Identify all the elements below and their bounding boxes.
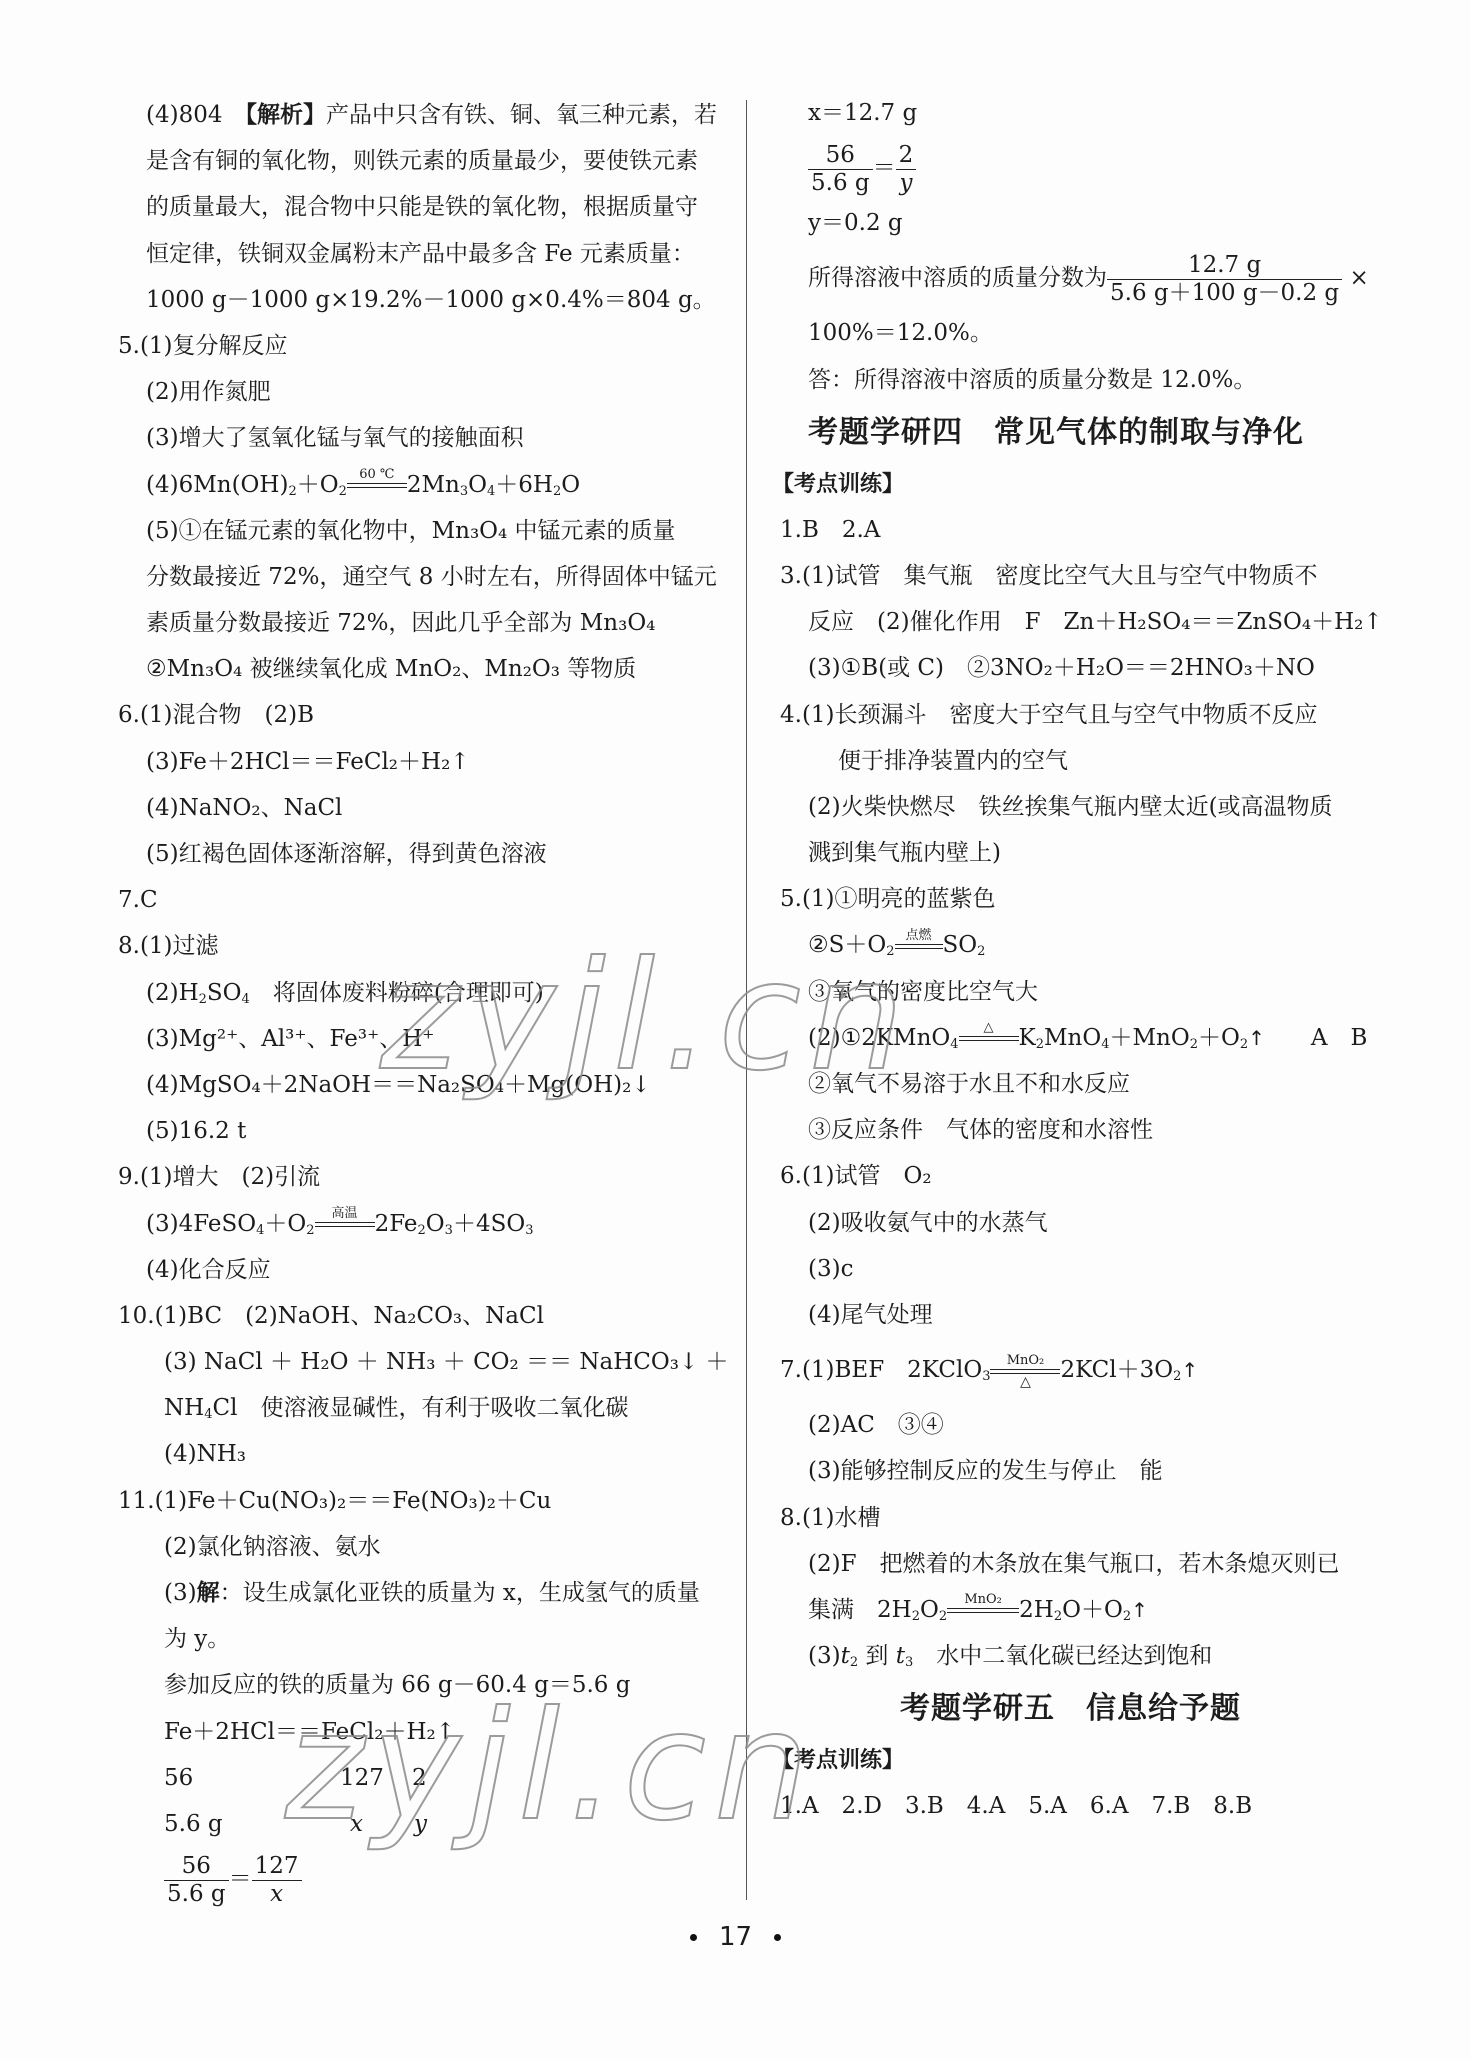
- q11-part3-line-3: 参加反应的铁的质量为 66 g－60.4 g＝5.6 g: [118, 1662, 728, 1708]
- s4-q6-part2: (2)吸收氨气中的水蒸气: [780, 1200, 1390, 1246]
- s4-q1-q2: 1.B 2.A: [780, 507, 1390, 553]
- q6-part5: (5)红褐色固体逐渐溶解，得到黄色溶液: [118, 831, 728, 877]
- q4-analysis-line-4: 恒定律，铁铜双金属粉末产品中最多含 Fe 元素质量：: [118, 231, 728, 277]
- q5-part5-line-2: 分数最接近 72%，通空气 8 小时左右，所得固体中锰元: [118, 554, 728, 600]
- right-column: x＝12.7 g 565.6 g＝2y y＝0.2 g 所得溶液中溶质的质量分数…: [780, 90, 1390, 1829]
- x-result: x＝12.7 g: [780, 90, 1390, 136]
- reaction-condition: 高温: [315, 1207, 375, 1242]
- q4-analysis-line-5: 1000 g－1000 g×19.2%－1000 g×0.4%＝804 g。: [118, 277, 728, 323]
- s4-q8-part2-line-1: (2)F 把燃着的木条放在集气瓶口，若木条熄灭则已: [780, 1541, 1390, 1587]
- s4-q6-part4: (4)尾气处理: [780, 1292, 1390, 1338]
- section-5-title: 考题学研五 信息给予题: [780, 1679, 1390, 1739]
- s4-q8-part2-line-2: 集满 2H2O2MnO₂2H2O＋O2↑: [780, 1587, 1390, 1633]
- s4-q3-line-1: 3.(1)试管 集气瓶 密度比空气大且与空气中物质不: [780, 553, 1390, 599]
- q11-molar-masses: 561272: [118, 1755, 728, 1801]
- reaction-condition: MnO₂: [947, 1593, 1019, 1628]
- reaction-condition: 点燃: [895, 929, 943, 964]
- s4-q6-part1: 6.(1)试管 O₂: [780, 1153, 1390, 1199]
- q8-part4: (4)MgSO₄＋2NaOH＝＝Na₂SO₄＋Mg(OH)₂↓: [118, 1062, 728, 1108]
- q10-part4: (4)NH₃: [118, 1431, 728, 1477]
- s4-q5-kmno4-equation: (2)①2KMnO4△K2MnO4＋MnO2＋O2↑ A B: [780, 1015, 1390, 1061]
- s4-q3-line-2: 反应 (2)催化作用 F Zn＋H₂SO₄＝＝ZnSO₄＋H₂↑: [780, 599, 1390, 645]
- fraction: 565.6 g: [808, 142, 873, 196]
- fraction: 565.6 g: [164, 1853, 229, 1907]
- q8-part3: (3)Mg²⁺、Al³⁺、Fe³⁺、H⁺: [118, 1016, 728, 1062]
- reaction-condition: MnO₂△: [990, 1354, 1060, 1389]
- q10-part3-line-2: NH4Cl 使溶液显碱性，有利于吸收二氧化碳: [118, 1385, 728, 1431]
- s4-q6-part3: (3)c: [780, 1246, 1390, 1292]
- final-answer: 答：所得溶液中溶质的质量分数是 12.0%。: [780, 357, 1390, 403]
- y-proportion: 565.6 g＝2y: [780, 136, 1390, 200]
- q11-masses: 5.6 gxy: [118, 1801, 728, 1847]
- bullet-icon: [774, 1934, 781, 1941]
- q4-analysis-line-1: (4)804 【解析】产品中只含有铁、铜、氧三种元素，若: [118, 92, 728, 138]
- q5-part1: 5.(1)复分解反应: [118, 323, 728, 369]
- y-result: y＝0.2 g: [780, 200, 1390, 246]
- q5-part5-line-1: (5)①在锰元素的氧化物中，Mn₃O₄ 中锰元素的质量: [118, 508, 728, 554]
- q11-proportion: 565.6 g＝127x: [118, 1847, 728, 1911]
- q5-part5-line-3: 素质量分数最接近 72%，因此几乎全部为 Mn₃O₄: [118, 600, 728, 646]
- mass-fraction-formula: 所得溶液中溶质的质量分数为12.7 g5.6 g＋100 g－0.2 g ×: [780, 246, 1390, 310]
- page-number: 17: [0, 1922, 1471, 1952]
- q7-answer: 7.C: [118, 877, 728, 923]
- q6-part4: (4)NaNO₂、NaCl: [118, 785, 728, 831]
- q10-part3-line-1: (3) NaCl ＋ H₂O ＋ NH₃ ＋ CO₂ ＝＝ NaHCO₃↓ ＋: [118, 1339, 728, 1385]
- s4-q4-line-4: 溅到集气瓶内壁上): [780, 830, 1390, 876]
- q4-analysis-line-3: 的质量最大，混合物中只能是铁的氧化物，根据质量守: [118, 184, 728, 230]
- q5-part4-equation: (4)6Mn(OH)2＋O260 ℃2Mn3O4＋6H2O: [118, 462, 728, 508]
- section-5-subtitle: 【考点训练】: [772, 1739, 1390, 1783]
- q11-part2: (2)氯化钠溶液、氨水: [118, 1524, 728, 1570]
- s4-q8-part3: (3)t2 到 t3 水中二氧化碳已经达到饱和: [780, 1633, 1390, 1679]
- s4-q7-part3: (3)能够控制反应的发生与停止 能: [780, 1448, 1390, 1494]
- q8-part2: (2)H2SO4 将固体废料粉碎(合理即可): [118, 970, 728, 1016]
- s4-q5-sulfur-equation: ②S＋O2点燃SO2: [780, 922, 1390, 968]
- left-column: (4)804 【解析】产品中只含有铁、铜、氧三种元素，若 是含有铜的氧化物，则铁…: [118, 92, 728, 1911]
- q6-part3: (3)Fe＋2HCl＝＝FeCl₂＋H₂↑: [118, 739, 728, 785]
- section-4-subtitle: 【考点训练】: [772, 463, 1390, 507]
- column-divider: [746, 100, 747, 1900]
- s4-q8-part1: 8.(1)水槽: [780, 1495, 1390, 1541]
- q11-part3-line-2: 为 y。: [118, 1616, 728, 1662]
- s5-answers: 1.A 2.D 3.B 4.A 5.A 6.A 7.B 8.B: [780, 1783, 1390, 1829]
- reaction-condition: 60 ℃: [347, 468, 407, 503]
- s4-q5-part2-2: ②氧气不易溶于水且不和水反应: [780, 1061, 1390, 1107]
- fraction: 127x: [252, 1853, 302, 1907]
- q5-part2: (2)用作氮肥: [118, 369, 728, 415]
- fraction: 2y: [896, 142, 917, 196]
- s4-q7-part2: (2)AC ③④: [780, 1402, 1390, 1448]
- s4-q4-line-3: (2)火柴快燃尽 铁丝挨集气瓶内壁太近(或高温物质: [780, 784, 1390, 830]
- q11-equation: Fe＋2HCl＝＝FeCl₂＋H₂↑: [118, 1709, 728, 1755]
- percentage-result: 100%＝12.0%。: [780, 310, 1390, 356]
- q8-part1: 8.(1)过滤: [118, 923, 728, 969]
- q9-part1-2: 9.(1)增大 (2)引流: [118, 1154, 728, 1200]
- q9-part3-equation: (3)4FeSO4＋O2高温2Fe2O3＋4SO3: [118, 1201, 728, 1247]
- s4-q5-part2-3: ③反应条件 气体的密度和水溶性: [780, 1107, 1390, 1153]
- q11-part3-line-1: (3)解：设生成氯化亚铁的质量为 x，生成氢气的质量: [118, 1570, 728, 1616]
- q8-part5: (5)16.2 t: [118, 1108, 728, 1154]
- s4-q7-part1-equation: 7.(1)BEF 2KClO3MnO₂△2KCl＋3O2↑: [780, 1338, 1390, 1402]
- s4-q4-line-2: 便于排净装置内的空气: [780, 738, 1390, 784]
- q11-part1: 11.(1)Fe＋Cu(NO₃)₂＝＝Fe(NO₃)₂＋Cu: [118, 1478, 728, 1524]
- q4-analysis-line-2: 是含有铜的氧化物，则铁元素的质量最少，要使铁元素: [118, 138, 728, 184]
- s4-q5-part1: 5.(1)①明亮的蓝紫色: [780, 876, 1390, 922]
- q9-part4: (4)化合反应: [118, 1247, 728, 1293]
- fraction: 12.7 g5.6 g＋100 g－0.2 g: [1107, 252, 1342, 306]
- bullet-icon: [690, 1934, 697, 1941]
- q5-part3: (3)增大了氢氧化锰与氧气的接触面积: [118, 415, 728, 461]
- reaction-condition: △: [959, 1021, 1019, 1056]
- q6-part1-2: 6.(1)混合物 (2)B: [118, 692, 728, 738]
- q10-part1-2: 10.(1)BC (2)NaOH、Na₂CO₃、NaCl: [118, 1293, 728, 1339]
- s4-q3-line-3: (3)①B(或 C) ②3NO₂＋H₂O＝＝2HNO₃＋NO: [780, 645, 1390, 691]
- q5-part5-line-4: ②Mn₃O₄ 被继续氧化成 MnO₂、Mn₂O₃ 等物质: [118, 646, 728, 692]
- section-4-title: 考题学研四 常见气体的制取与净化: [780, 403, 1390, 463]
- s4-q5-part1-3: ③氧气的密度比空气大: [780, 969, 1390, 1015]
- s4-q4-line-1: 4.(1)长颈漏斗 密度大于空气且与空气中物质不反应: [780, 692, 1390, 738]
